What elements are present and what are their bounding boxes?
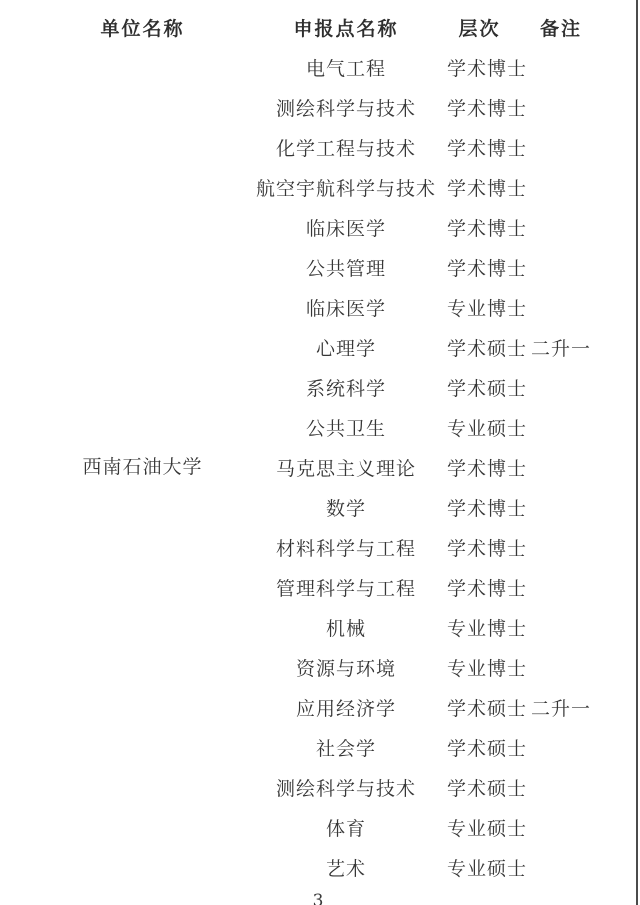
table-row: 航空宇航科学与技术 学术博士: [0, 167, 640, 207]
table-row: 测绘科学与技术 学术硕士: [0, 767, 640, 807]
level-cell: 专业博士: [447, 614, 512, 641]
program-name-cell: 体育: [245, 814, 447, 841]
level-cell: 学术博士: [447, 494, 512, 521]
program-name-cell: 机械: [245, 614, 447, 641]
level-cell: 学术博士: [447, 214, 512, 241]
table-row: 管理科学与工程 学术博士: [0, 567, 640, 607]
level-cell: 专业硕士: [447, 814, 512, 841]
table-header-row: 单位名称 申报点名称 层次 备注: [0, 7, 640, 47]
unit-name-cell: 西南石油大学: [40, 447, 245, 487]
program-name-cell: 心理学: [245, 334, 447, 361]
table-row: 电气工程 学术博士: [0, 47, 640, 87]
table-row: 材料科学与工程 学术博士: [0, 527, 640, 567]
level-cell: 学术硕士: [447, 694, 512, 721]
level-cell: 学术博士: [447, 54, 512, 81]
level-cell: 学术博士: [447, 574, 512, 601]
program-name-cell: 社会学: [245, 734, 447, 761]
table-row: 临床医学 学术博士: [0, 207, 640, 247]
remark-cell: 二升一: [512, 694, 610, 721]
table-row: 心理学 学术硕士 二升一: [0, 327, 640, 367]
remark-cell: 二升一: [512, 334, 610, 361]
table-row: 公共管理 学术博士: [0, 247, 640, 287]
level-cell: 学术博士: [447, 174, 512, 201]
program-name-cell: 应用经济学: [245, 694, 447, 721]
program-name-cell: 临床医学: [245, 214, 447, 241]
program-name-cell: 数学: [245, 494, 447, 521]
level-cell: 专业硕士: [447, 414, 512, 441]
level-cell: 学术硕士: [447, 374, 512, 401]
level-cell: 学术博士: [447, 534, 512, 561]
table-row: 应用经济学 学术硕士 二升一: [0, 687, 640, 727]
table-row: 数学 学术博士: [0, 487, 640, 527]
level-cell: 学术硕士: [447, 334, 512, 361]
table-row: 体育 专业硕士: [0, 807, 640, 847]
table-row: 社会学 学术硕士: [0, 727, 640, 767]
table-row: 资源与环境 专业博士: [0, 647, 640, 687]
program-name-cell: 临床医学: [245, 294, 447, 321]
level-cell: 学术博士: [447, 134, 512, 161]
table-row: 化学工程与技术 学术博士: [0, 127, 640, 167]
page-number: 3: [0, 891, 636, 905]
table-row: 公共卫生 专业硕士: [0, 407, 640, 447]
header-unit-name: 单位名称: [40, 14, 245, 41]
table-row: 机械 专业博士: [0, 607, 640, 647]
header-remark: 备注: [512, 14, 610, 41]
program-name-cell: 马克思主义理论: [245, 454, 447, 481]
program-name-cell: 公共管理: [245, 254, 447, 281]
program-name-cell: 公共卫生: [245, 414, 447, 441]
level-cell: 学术博士: [447, 254, 512, 281]
program-name-cell: 航空宇航科学与技术: [245, 174, 447, 201]
right-border-line: [636, 0, 638, 905]
program-name-cell: 测绘科学与技术: [245, 94, 447, 121]
program-name-cell: 电气工程: [245, 54, 447, 81]
level-cell: 学术硕士: [447, 734, 512, 761]
table-row: 临床医学 专业博士: [0, 287, 640, 327]
table-row: 测绘科学与技术 学术博士: [0, 87, 640, 127]
level-cell: 专业博士: [447, 294, 512, 321]
program-name-cell: 测绘科学与技术: [245, 774, 447, 801]
program-name-cell: 化学工程与技术: [245, 134, 447, 161]
program-name-cell: 资源与环境: [245, 654, 447, 681]
program-name-cell: 材料科学与工程: [245, 534, 447, 561]
program-name-cell: 管理科学与工程: [245, 574, 447, 601]
header-level: 层次: [447, 14, 512, 41]
program-name-cell: 系统科学: [245, 374, 447, 401]
level-cell: 学术硕士: [447, 774, 512, 801]
level-cell: 专业硕士: [447, 854, 512, 881]
level-cell: 学术博士: [447, 94, 512, 121]
level-cell: 专业博士: [447, 654, 512, 681]
table-row: 系统科学 学术硕士: [0, 367, 640, 407]
document-page: 单位名称 申报点名称 层次 备注 电气工程 学术博士 测绘科学与技术 学术博士 …: [0, 0, 640, 905]
table-row: 艺术 专业硕士: [0, 847, 640, 887]
level-cell: 学术博士: [447, 454, 512, 481]
header-program-name: 申报点名称: [245, 14, 447, 41]
program-name-cell: 艺术: [245, 854, 447, 881]
